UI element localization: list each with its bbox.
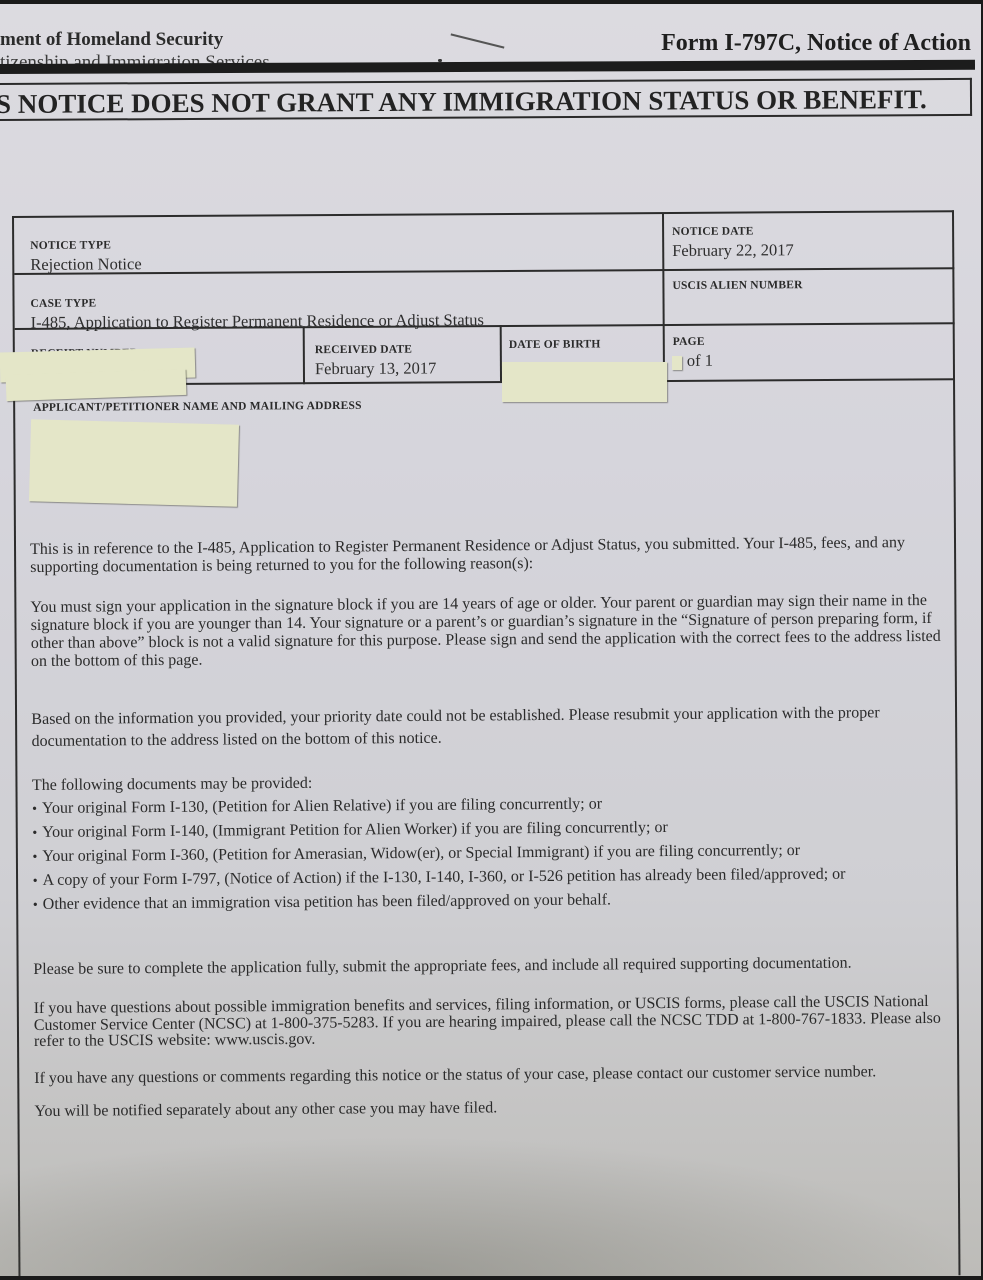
notice-date-value: February 22, 2017 (672, 239, 952, 261)
redaction-tape-date-of-birth (502, 362, 667, 402)
notice-banner: S NOTICE DOES NOT GRANT ANY IMMIGRATION … (0, 78, 972, 121)
form-title: Form I-797C, Notice of Action (661, 30, 971, 57)
case-type-label: CASE TYPE (31, 294, 661, 310)
page-label: PAGE (673, 334, 953, 348)
redaction-tape-applicant-address (29, 419, 239, 506)
date-of-birth-label: DATE OF BIRTH (509, 338, 659, 351)
notice-date-label: NOTICE DATE (672, 224, 952, 238)
questions-paragraph: If you have any questions or comments re… (34, 1063, 949, 1086)
case-type-field: CASE TYPE I-485, Application to Register… (31, 294, 661, 333)
page-field: PAGE of 1 (673, 334, 953, 371)
intro-paragraph: This is in reference to the I-485, Appli… (30, 534, 945, 577)
priority-date-reason-paragraph: Based on the information you provided, y… (31, 702, 946, 753)
ncsc-contact-paragraph: If you have questions about possible imm… (34, 994, 949, 1051)
documents-list: Your original Form I-130, (Petition for … (32, 790, 948, 917)
notice-type-value: Rejection Notice (30, 251, 650, 275)
grid-rule (303, 326, 305, 384)
document-page: ment of Homeland Security tizenship and … (0, 4, 981, 1276)
notice-date-field: NOTICE DATE February 22, 2017 (672, 224, 952, 261)
case-type-value: I-485, Application to Register Permanent… (31, 309, 661, 333)
date-of-birth-field: DATE OF BIRTH (509, 338, 659, 351)
received-date-label: RECEIVED DATE (315, 343, 495, 356)
pen-mark (451, 33, 505, 48)
page-value: of 1 (673, 349, 953, 371)
signature-reason-paragraph: You must sign your application in the si… (30, 592, 946, 671)
notice-body: This is in reference to the I-485, Appli… (30, 534, 950, 1121)
redaction-tape-page-number (672, 356, 682, 370)
grid-rule (662, 214, 665, 382)
notice-type-label: NOTICE TYPE (30, 236, 650, 252)
alien-number-label: USCIS ALIEN NUMBER (672, 278, 952, 292)
notice-type-field: NOTICE TYPE Rejection Notice (30, 236, 650, 275)
received-date-value: February 13, 2017 (315, 358, 495, 379)
complete-application-paragraph: Please be sure to complete the applicati… (33, 954, 948, 979)
alien-number-field: USCIS ALIEN NUMBER (672, 278, 952, 292)
received-date-field: RECEIVED DATE February 13, 2017 (315, 343, 495, 379)
notice-banner-text: S NOTICE DOES NOT GRANT ANY IMMIGRATION … (0, 84, 927, 120)
department-name: ment of Homeland Security (0, 28, 270, 51)
